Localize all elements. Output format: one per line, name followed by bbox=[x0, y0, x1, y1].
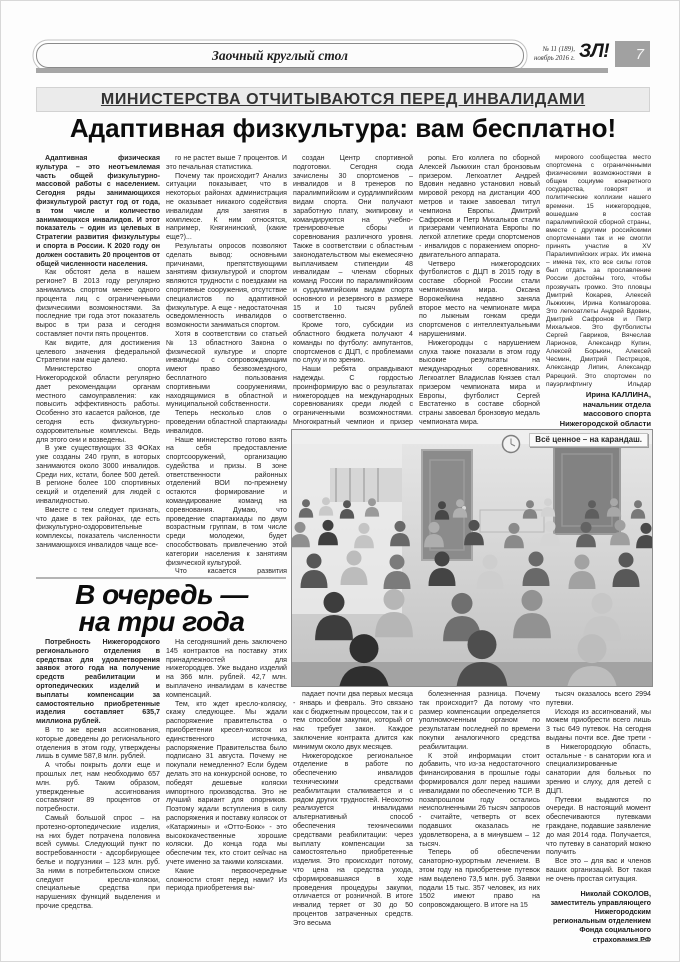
section-title: Заочный круглый стол bbox=[212, 48, 348, 64]
article2-column-5: тысяч оказалось всего 2994 путевки.Исход… bbox=[546, 690, 651, 956]
paragraph: Николай СОКОЛОВ, bbox=[546, 889, 651, 898]
lead-paragraph: Потребность Нижегородского регионального… bbox=[36, 638, 160, 726]
paragraph: болезненная разница. Почему так происход… bbox=[419, 690, 540, 752]
paragraph: Все это – для вас и членов ваших организ… bbox=[546, 857, 651, 883]
newspaper-logo: ЗЛ! bbox=[579, 41, 609, 63]
paragraph: падает почти два первых месяца - январь … bbox=[293, 690, 413, 752]
paragraph: мирового сообщества место спортсмена с о… bbox=[546, 154, 651, 388]
paragraph: массового спорта bbox=[531, 409, 651, 419]
issue-info: № 11 (189), ноябрь 2016 г. bbox=[499, 46, 575, 63]
issue-date: ноябрь 2016 г. bbox=[499, 55, 575, 64]
paragraph: Наше министерство готово взять на себя п… bbox=[166, 436, 287, 568]
paragraph: Кроме того, субсидии из областного бюдже… bbox=[293, 321, 413, 365]
paragraph: Четверо нижегородских футболистов с ДЦП … bbox=[419, 260, 540, 339]
paragraph: создан Центр спортивной подготовки. Сего… bbox=[293, 154, 413, 321]
paragraph: Нижегородское региональное отделение в р… bbox=[293, 752, 413, 928]
paragraph: Нижегородским bbox=[546, 907, 651, 916]
article1-column-2: го не растет выше 7 процентов. И это печ… bbox=[166, 154, 287, 575]
paragraph: Результаты опросов позволяют сделать выв… bbox=[166, 242, 287, 330]
lead-paragraph: Адаптивная физическая культура – это нео… bbox=[36, 154, 160, 268]
paragraph: начальник отдела bbox=[531, 400, 651, 410]
paragraph: А чтобы покрыть долги еще и прошлых лет,… bbox=[36, 761, 160, 814]
paragraph: На сегодняшний день заключено 145 контра… bbox=[166, 638, 287, 700]
page-number: 7 bbox=[615, 41, 650, 67]
paragraph: Путевки выдаются по очереди. В настоящий… bbox=[546, 796, 651, 858]
paragraph: К этой информации стоит добавить, что из… bbox=[419, 752, 540, 849]
paragraph: страхования РФ bbox=[546, 935, 651, 944]
kicker-bar: МИНИСТЕРСТВА ОТЧИТЫВАЮТСЯ ПЕРЕД ИНВАЛИДА… bbox=[36, 87, 650, 112]
paragraph: ропы. Его коллега по сборной Алексей Лыж… bbox=[419, 154, 540, 260]
paragraph: Теперь несколько слов о проведении облас… bbox=[166, 409, 287, 435]
paragraph: Что касается развития инваспорта в регио… bbox=[166, 567, 287, 575]
article2-column-3: падает почти два первых месяца - январь … bbox=[293, 690, 413, 956]
paragraph: Тем, кто ждет кресло-коляску, скажу след… bbox=[166, 700, 287, 867]
article2-column-4: болезненная разница. Почему так происход… bbox=[419, 690, 540, 956]
kicker-text: МИНИСТЕРСТВА ОТЧИТЫВАЮТСЯ ПЕРЕД ИНВАЛИДА… bbox=[101, 91, 585, 109]
paragraph: региональным отделением bbox=[546, 916, 651, 925]
paragraph: Министерство спорта Нижегородской област… bbox=[36, 365, 160, 444]
article1-title: Адаптивная физкультура: вам бесплатно! bbox=[36, 113, 650, 144]
audience-photo-graphic bbox=[292, 430, 652, 686]
audience-photo: Всё ценное – на карандаш. bbox=[291, 429, 653, 687]
paragraph: Хотя в соответствии со статьей № 13 обла… bbox=[166, 330, 287, 409]
footer-dash bbox=[618, 941, 650, 942]
masthead-rule bbox=[36, 68, 608, 73]
issue-number: № 11 (189), bbox=[499, 46, 575, 55]
paragraph: Исходя из ассигнований, мы можем приобре… bbox=[546, 708, 651, 796]
paragraph: Наши ребята оправдывают надежды. С гордо… bbox=[293, 365, 413, 426]
article1-column-4: ропы. Его коллега по сборной Алексей Лыж… bbox=[419, 154, 540, 426]
article2-column-2: На сегодняшний день заключено 145 контра… bbox=[166, 638, 287, 958]
article2-column-5-text: тысяч оказалось всего 2994 путевки.Исход… bbox=[546, 690, 651, 884]
article2-signature: Николай СОКОЛОВ,заместитель управляющего… bbox=[546, 889, 651, 944]
paragraph: В уже существующих 33 ФОКах уже созданы … bbox=[36, 444, 160, 506]
section-title-box: Заочный круглый стол bbox=[36, 43, 524, 68]
article2-title-line2: на три года bbox=[79, 606, 245, 637]
paragraph: Самый большой спрос – на протезно-ортопе… bbox=[36, 814, 160, 911]
paragraph: Вместе с тем следует признать, что даже … bbox=[36, 506, 160, 550]
article1-signature: Ирина КАЛЛИНА,начальник отделамассового … bbox=[531, 390, 651, 428]
paragraph: Ирина КАЛЛИНА, bbox=[531, 390, 651, 400]
article2-column-1: Потребность Нижегородского регионального… bbox=[36, 638, 160, 958]
photo-caption: Всё ценное – на карандаш. bbox=[529, 433, 648, 447]
paragraph: Нижегородской области bbox=[531, 419, 651, 429]
article1-column-5: мирового сообщества место спортсмена с о… bbox=[546, 154, 651, 388]
paragraph: В то же время ассигнования, которые дове… bbox=[36, 726, 160, 761]
paragraph: Почему так происходит? Анализ ситуации п… bbox=[166, 172, 287, 242]
paragraph: Какие первоочередные сложности стоят пер… bbox=[166, 867, 287, 893]
article2-title: В очередь — на три года bbox=[36, 581, 287, 635]
paragraph: Нижегородцы с нарушением слуха также пок… bbox=[419, 339, 540, 426]
newspaper-page: Заочный круглый стол № 11 (189), ноябрь … bbox=[0, 0, 680, 962]
paragraph: Теперь об обеспечении санаторно-курортны… bbox=[419, 848, 540, 910]
article1-column-1: Адаптивная физическая культура – это нео… bbox=[36, 154, 160, 575]
paragraph: тысяч оказалось всего 2994 путевки. bbox=[546, 690, 651, 708]
article1-column-3: создан Центр спортивной подготовки. Сего… bbox=[293, 154, 413, 426]
paragraph: заместитель управляющего bbox=[546, 898, 651, 907]
paragraph: Фонда социального bbox=[546, 925, 651, 934]
paragraph: Как видите, для достижения целевого знач… bbox=[36, 339, 160, 365]
paragraph: го не растет выше 7 процентов. И это печ… bbox=[166, 154, 287, 172]
paragraph: Как обстоят дела в нашем регионе? В 2013… bbox=[36, 268, 160, 338]
